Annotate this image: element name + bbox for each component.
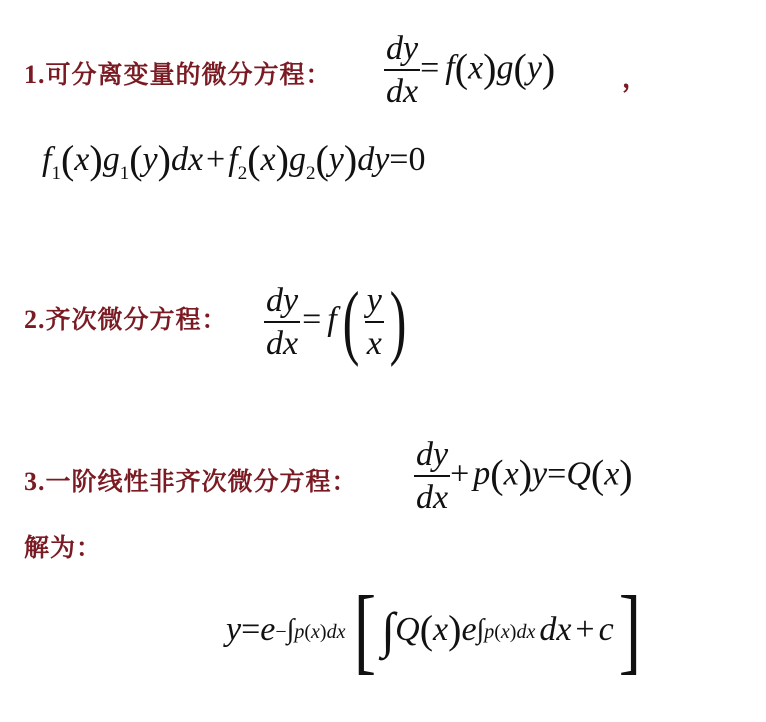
section-2-title: 齐次微分方程： [46,305,228,334]
homogeneous-equation: dy dx =f( y x ) [264,280,412,364]
separable-equation: dy dx =f(x)g(y) [384,32,555,109]
y-over-x-fraction: y x [365,284,384,361]
solution-label: 解为： [24,528,102,564]
separator-comma: ， [622,58,648,95]
section-2-number: 2. [24,305,46,334]
section-1-heading: 1.可分离变量的微分方程： [24,55,332,91]
dy-dx-fraction: dy dx [414,438,450,515]
section-1-number: 1. [24,60,46,89]
solution-formula: y=e−∫p(x)dx[∫Q(x)e∫p(x)dxdx+c] [226,590,646,670]
dy-dx-fraction: dy dx [384,32,420,109]
section-1-title: 可分离变量的微分方程： [46,60,332,89]
integral-sign: ∫ [381,605,395,655]
section-2-heading: 2.齐次微分方程： [24,300,228,336]
left-bracket: [ [354,582,376,678]
section-3-title: 一阶线性非齐次微分方程： [46,467,358,496]
section-3-heading: 3.一阶线性非齐次微分方程： [24,462,358,498]
section-3-number: 3. [24,467,46,496]
dy-dx-fraction: dy dx [264,284,300,361]
exponent-neg: −∫p(x)dx [275,616,345,644]
exponent-pos: ∫p(x)dx [477,616,536,644]
linear-equation: dy dx +p(x)y=Q(x) [414,438,633,515]
separable-differential-form: f1(x)g1(y)dx+f2(x)g2(y)dy=0 [42,140,425,183]
right-bracket: ] [618,582,640,678]
